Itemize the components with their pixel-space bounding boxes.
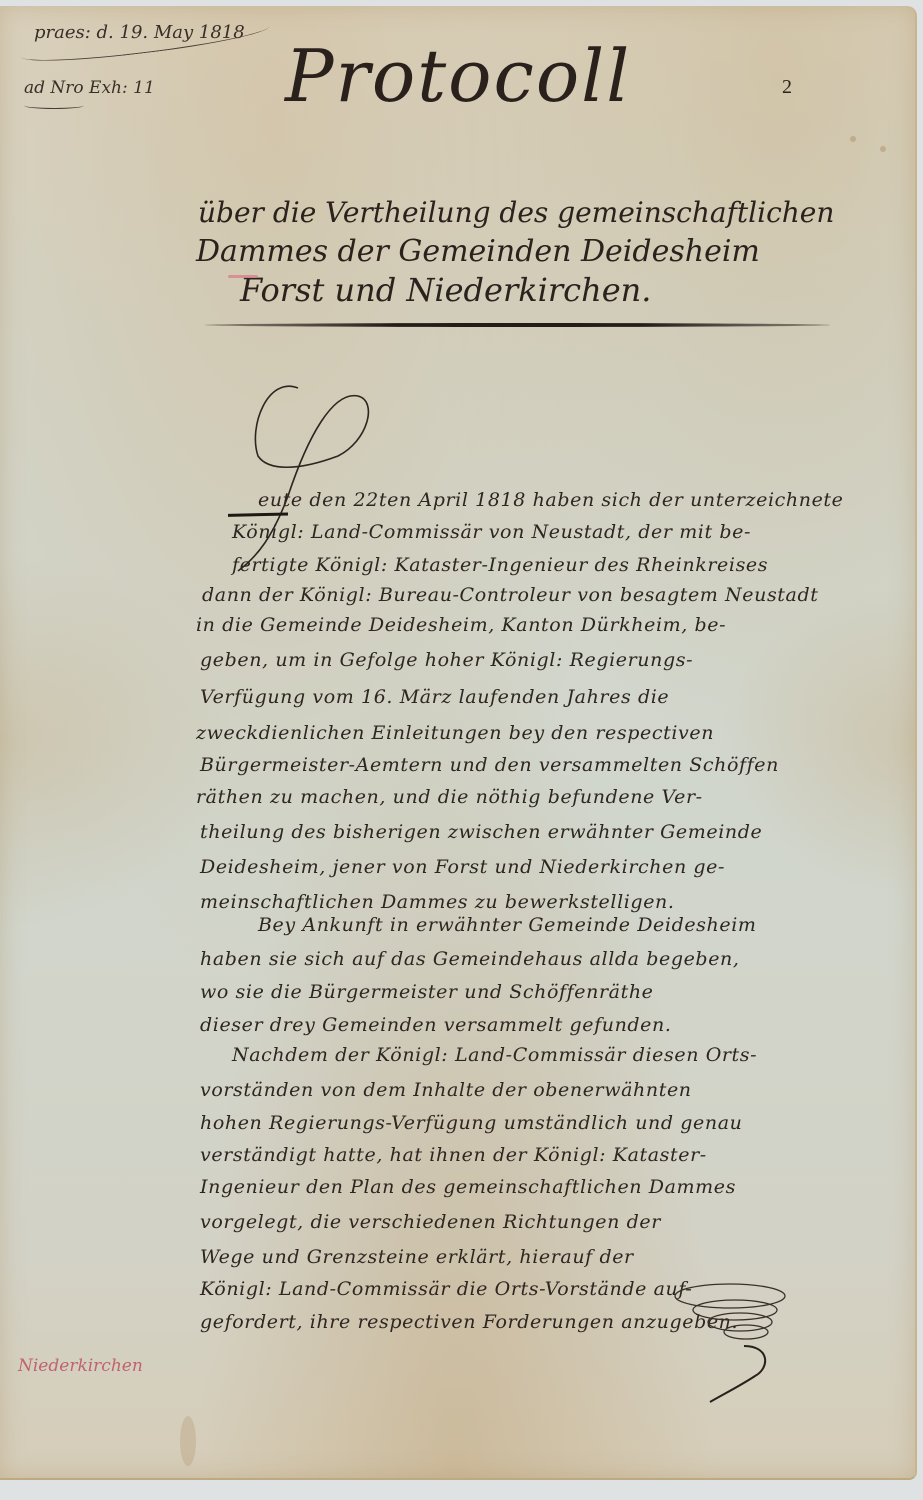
body-line: geben, um in Gefolge hoher Königl: Regie… [200,649,693,671]
body-line: Wege und Grenzsteine erklärt, hierauf de… [200,1246,634,1268]
red-pencil-mark [228,275,258,278]
body-line: Verfügung vom 16. März laufenden Jahres … [200,686,669,708]
body-line: Nachdem der Königl: Land-Commissär diese… [232,1044,757,1066]
body-line: hohen Regierungs-Verfügung umständlich u… [200,1112,743,1134]
paper-stain [880,146,886,152]
body-line: Deidesheim, jener von Forst und Niederki… [200,856,725,878]
body-line: wo sie die Bürgermeister und Schöffenrät… [200,981,654,1003]
body-line: fertigte Königl: Kataster-Ingenieur des … [232,554,768,576]
body-line: Königl: Land-Commissär von Neustadt, der… [232,521,751,543]
body-line: vorgelegt, die verschiedenen Richtungen … [200,1211,661,1233]
title-divider-rule [205,323,830,327]
margin-note-exhibit-ref: ad Nro Exh: 11 [24,78,155,98]
body-line: Ingenieur den Plan des gemeinschaftliche… [200,1176,736,1198]
body-line: eute den 22ten April 1818 haben sich der… [258,489,844,511]
page-number: 2 [782,76,792,99]
signature-paraph-icon [660,1276,790,1406]
body-line: räthen zu machen, und die nöthig befunde… [196,786,703,808]
red-ink-margin-note: Niederkirchen [18,1356,143,1376]
body-line: vorständen von dem Inhalte der obenerwäh… [200,1079,692,1101]
body-line: Bey Ankunft in erwähnter Gemeinde Deides… [258,914,757,936]
document-title: Protocoll [285,34,631,118]
body-line: zweckdienlichen Einleitungen bey den res… [196,722,714,744]
subtitle-line-2: Dammes der Gemeinden Deidesheim [196,234,760,269]
body-line: verständigt hatte, hat ihnen der Königl:… [200,1144,707,1166]
margin-note-underline [24,102,84,109]
body-line: Königl: Land-Commissär die Orts-Vorständ… [200,1278,692,1300]
document-page: praes: d. 19. May 1818 ad Nro Exh: 11 Pr… [0,6,917,1480]
body-line: in die Gemeinde Deidesheim, Kanton Dürkh… [196,614,726,636]
decorative-initial-h-icon [228,366,388,576]
body-line: Bürgermeister-Aemtern und den versammelt… [200,754,779,776]
body-line: meinschaftlichen Dammes zu bewerkstellig… [200,891,675,913]
body-line: dieser drey Gemeinden versammelt gefunde… [200,1014,672,1036]
body-line: haben sie sich auf das Gemeindehaus alld… [200,948,740,970]
subtitle-line-3: Forst und Niederkirchen. [240,271,651,309]
subtitle-line-1: über die Vertheilung des gemeinschaftlic… [198,196,834,229]
paper-stain [180,1416,196,1466]
body-line: dann der Königl: Bureau-Controleur von b… [202,584,818,606]
paper-stain [850,136,856,142]
body-line: theilung des bisherigen zwischen erwähnt… [200,821,762,843]
body-line: gefordert, ihre respectiven Forderungen … [200,1311,738,1333]
